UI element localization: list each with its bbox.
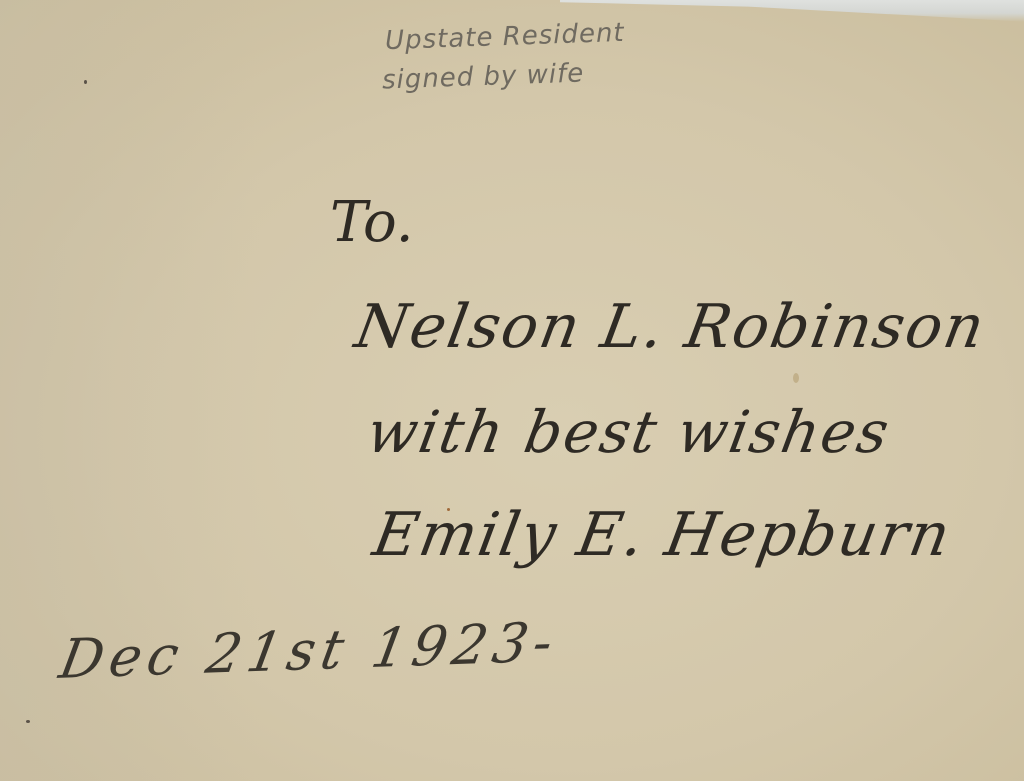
- page-top-edge: [560, 0, 1024, 22]
- pencil-note-line-1: Upstate Resident: [385, 18, 626, 56]
- paper-speck: [84, 80, 87, 84]
- inscription-date: Dec 21st 1923-: [55, 610, 564, 691]
- message: with best wishes: [362, 398, 896, 466]
- signature: Emily E. Hepburn: [368, 500, 957, 570]
- paper-speck: [26, 720, 30, 723]
- salutation: To.: [330, 190, 414, 255]
- paper-speck: [447, 508, 450, 511]
- pencil-note-line-2: signed by wife: [382, 58, 585, 95]
- paper-stain: [793, 373, 799, 383]
- recipient-name: Nelson L. Robinson: [350, 292, 991, 362]
- book-endpaper: Upstate Resident signed by wife To. Nels…: [0, 0, 1024, 781]
